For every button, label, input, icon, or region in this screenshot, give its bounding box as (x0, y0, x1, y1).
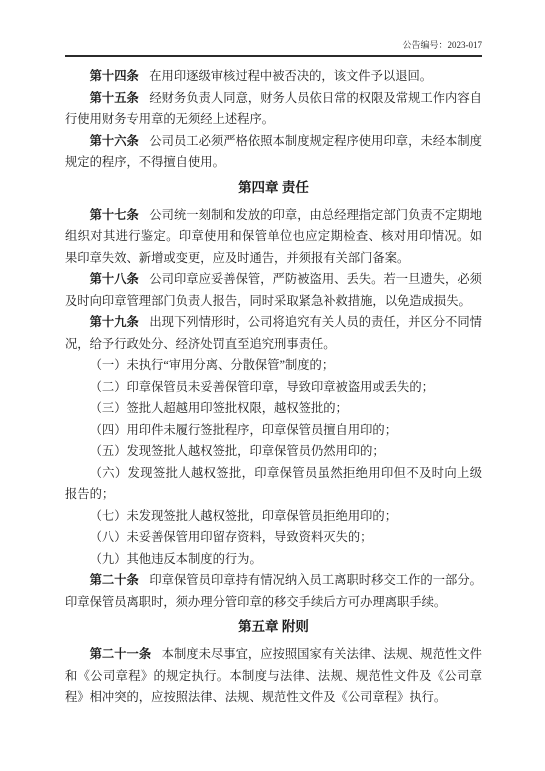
article-15-number: 第十五条 (90, 91, 139, 105)
article-21: 第二十一条本制度未尽事宜，应按照国家有关法律、法规、规范性文件和《公司章程》的规… (65, 644, 482, 709)
article-19: 第十九条出现下列情形时，公司将追究有关人员的责任，并区分不同情况，给予行政处分、… (65, 312, 482, 355)
list-item-5: （五）发现签批人越权签批，印章保管员仍然用印的； (65, 441, 482, 463)
article-21-number: 第二十一条 (90, 647, 152, 661)
list-item-8: （八）未妥善保管用印留存资料，导致资料灭失的； (65, 527, 482, 549)
article-18-number: 第十八条 (90, 272, 139, 286)
chapter-heading-5: 第五章 附则 (65, 616, 482, 638)
list-item-9: （九）其他违反本制度的行为。 (65, 549, 482, 571)
list-item-1: （一）未执行“审用分离、分散保管”制度的； (65, 355, 482, 377)
list-item-4: （四）用印件未履行签批程序，印章保管员擅自用印的； (65, 420, 482, 442)
chapter-heading-4: 第四章 责任 (65, 177, 482, 199)
header-rule (65, 55, 482, 57)
list-item-3: （三）签批人超越用印签批权限，越权签批的； (65, 398, 482, 420)
article-16: 第十六条公司员工必须严格依照本制度规定程序使用印章，未经本制度规定的程序，不得擅… (65, 131, 482, 174)
notice-number: 公告编号：2023-017 (403, 40, 483, 50)
list-item-2: （二）印章保管员未妥善保管印章，导致印章被盗用或丢失的； (65, 377, 482, 399)
article-17: 第十七条公司统一刻制和发放的印章，由总经理指定部门负责不定期地组织对其进行鉴定。… (65, 205, 482, 270)
article-19-number: 第十九条 (90, 315, 139, 329)
article-14-text: 在用印逐级审核过程中被否决的，该文件予以退回。 (149, 69, 432, 83)
article-14-number: 第十四条 (90, 69, 139, 83)
document-page: 公告编号：2023-017 第十四条在用印逐级审核过程中被否决的，该文件予以退回… (0, 0, 545, 771)
article-18: 第十八条公司印章应妥善保管，严防被盗用、丢失。若一旦遗失，必须及时向印章管理部门… (65, 269, 482, 312)
article-17-number: 第十七条 (90, 208, 139, 222)
article-14: 第十四条在用印逐级审核过程中被否决的，该文件予以退回。 (65, 66, 482, 88)
list-item-7: （七）未发现签批人越权签批，印章保管员拒绝用印的； (65, 506, 482, 528)
article-15: 第十五条经财务负责人同意，财务人员依日常的权限及常规工作内容自行使用财务专用章的… (65, 88, 482, 131)
article-16-number: 第十六条 (90, 134, 139, 148)
article-20-number: 第二十条 (90, 573, 139, 587)
article-20: 第二十条印章保管员印章持有情况纳入员工离职时移交工作的一部分。印章保管员离职时，… (65, 570, 482, 613)
list-item-6: （六）发现签批人越权签批，印章保管员虽然拒绝用印但不及时向上级报告的； (65, 463, 482, 506)
page-header: 公告编号：2023-017 (65, 38, 482, 52)
document-body: 第十四条在用印逐级审核过程中被否决的，该文件予以退回。 第十五条经财务负责人同意… (65, 66, 482, 709)
